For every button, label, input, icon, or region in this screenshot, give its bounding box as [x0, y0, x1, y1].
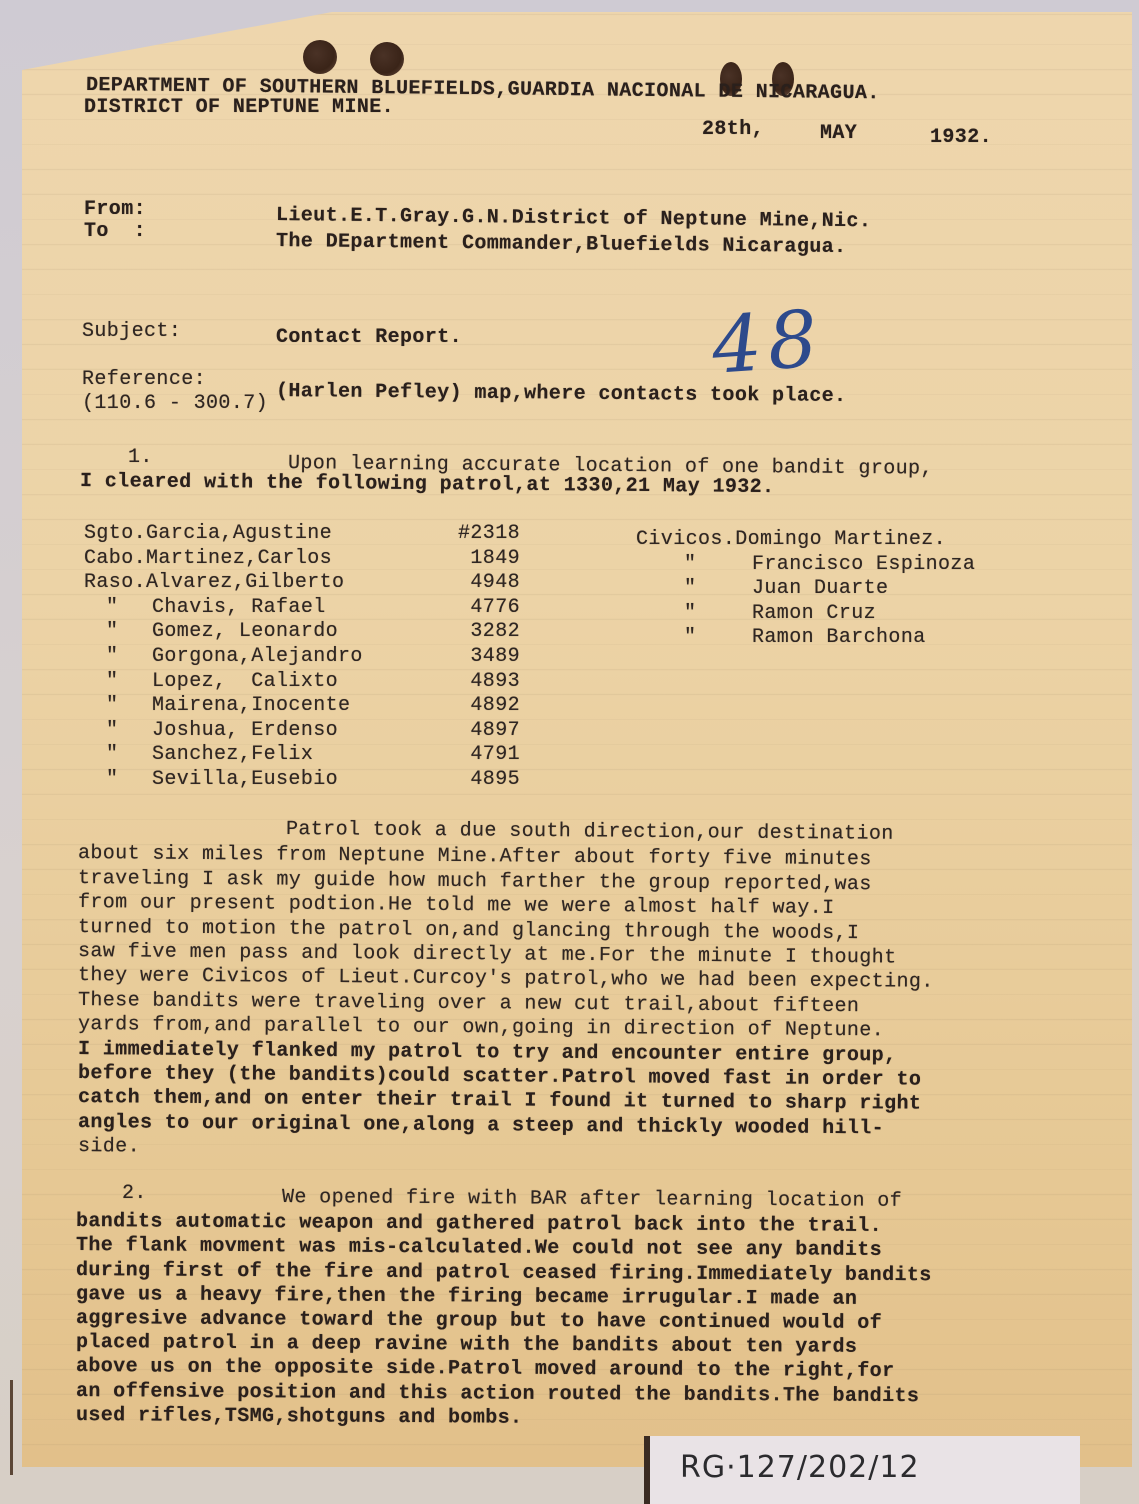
- roster-ditto-mark: ": [106, 719, 118, 744]
- punch-hole-icon: [303, 40, 337, 74]
- roster-rank: Cabo.Martinez,Carlos: [84, 547, 332, 572]
- roster-ditto-mark: ": [106, 670, 118, 695]
- handwritten-folio-number: 48: [709, 294, 826, 392]
- civico-name: Juan Duarte: [752, 577, 888, 602]
- archive-label-slip: RG·127/202/12: [644, 1436, 1080, 1504]
- roster-service-number: 4791: [430, 743, 520, 768]
- civico-name: Civicos.Domingo Martinez.: [636, 528, 946, 553]
- roster-service-number: 4893: [430, 670, 520, 695]
- civico-ditto-mark: ": [684, 626, 696, 651]
- roster-name: Lopez, Calixto: [152, 670, 338, 695]
- paragraph-2-number: 2.: [122, 1182, 147, 1207]
- roster-ditto-mark: ": [106, 694, 118, 719]
- roster-name: Gorgona,Alejandro: [152, 645, 363, 670]
- reference-coordinates: (110.6 - 300.7): [82, 392, 268, 417]
- narrative-line: Patrol took a due south direction,our de…: [286, 818, 894, 847]
- civico-ditto-mark: ": [684, 577, 696, 602]
- subject-label: Subject:: [82, 320, 181, 345]
- roster-service-number: 4948: [430, 571, 520, 596]
- roster-service-number: 1849: [430, 547, 520, 572]
- roster-name: Chavis, Rafael: [152, 596, 326, 621]
- date-month: MAY: [820, 122, 857, 147]
- civico-name: Francisco Espinoza: [752, 553, 975, 578]
- archive-reference: RG·127/202/12: [680, 1450, 920, 1485]
- paragraph-1-number: 1.: [128, 446, 153, 471]
- punch-hole-icon: [370, 42, 404, 76]
- roster-ditto-mark: ": [106, 645, 118, 670]
- civico-ditto-mark: ": [684, 553, 696, 578]
- from-label: From:: [84, 198, 146, 223]
- roster-service-number: 4897: [430, 719, 520, 744]
- roster-service-number: 4895: [430, 768, 520, 793]
- roster-service-number: #2318: [430, 522, 520, 547]
- roster-service-number: 4892: [430, 694, 520, 719]
- roster-name: Sanchez,Felix: [152, 743, 313, 768]
- roster-ditto-mark: ": [106, 768, 118, 793]
- narrative-line: side.: [78, 1135, 140, 1160]
- civico-ditto-mark: ": [684, 602, 696, 627]
- roster-ditto-mark: ": [106, 743, 118, 768]
- roster-rank: Sgto.Garcia,Agustine: [84, 522, 332, 547]
- civico-name: Ramon Cruz: [752, 602, 876, 627]
- reference-label: Reference:: [82, 368, 206, 393]
- to-label: To :: [84, 220, 146, 245]
- reference-value: (Harlen Pefley) map,where contacts took …: [276, 380, 847, 409]
- roster-ditto-mark: ": [106, 620, 118, 645]
- date-year: 1932.: [930, 126, 992, 151]
- roster-name: Mairena,Inocente: [152, 694, 350, 719]
- roster-ditto-mark: ": [106, 596, 118, 621]
- district-header: DISTRICT OF NEPTUNE MINE.: [84, 96, 394, 121]
- roster-service-number: 3282: [430, 620, 520, 645]
- roster-name: Sevilla,Eusebio: [152, 768, 338, 793]
- paragraph-2-line: We opened fire with BAR after learning l…: [282, 1186, 902, 1214]
- roster-name: Joshua, Erdenso: [152, 719, 338, 744]
- civico-name: Ramon Barchona: [752, 626, 926, 651]
- roster-name: Gomez, Leonardo: [152, 620, 338, 645]
- roster-rank: Raso.Alvarez,Gilberto: [84, 571, 344, 596]
- date-day: 28th,: [702, 118, 764, 143]
- paragraph-2-line: used rifles,TSMG,shotguns and bombs.: [76, 1404, 523, 1431]
- roster-service-number: 3489: [430, 645, 520, 670]
- subject-value: Contact Report.: [276, 326, 462, 351]
- roster-service-number: 4776: [430, 596, 520, 621]
- page-edge-shadow: [10, 1380, 13, 1475]
